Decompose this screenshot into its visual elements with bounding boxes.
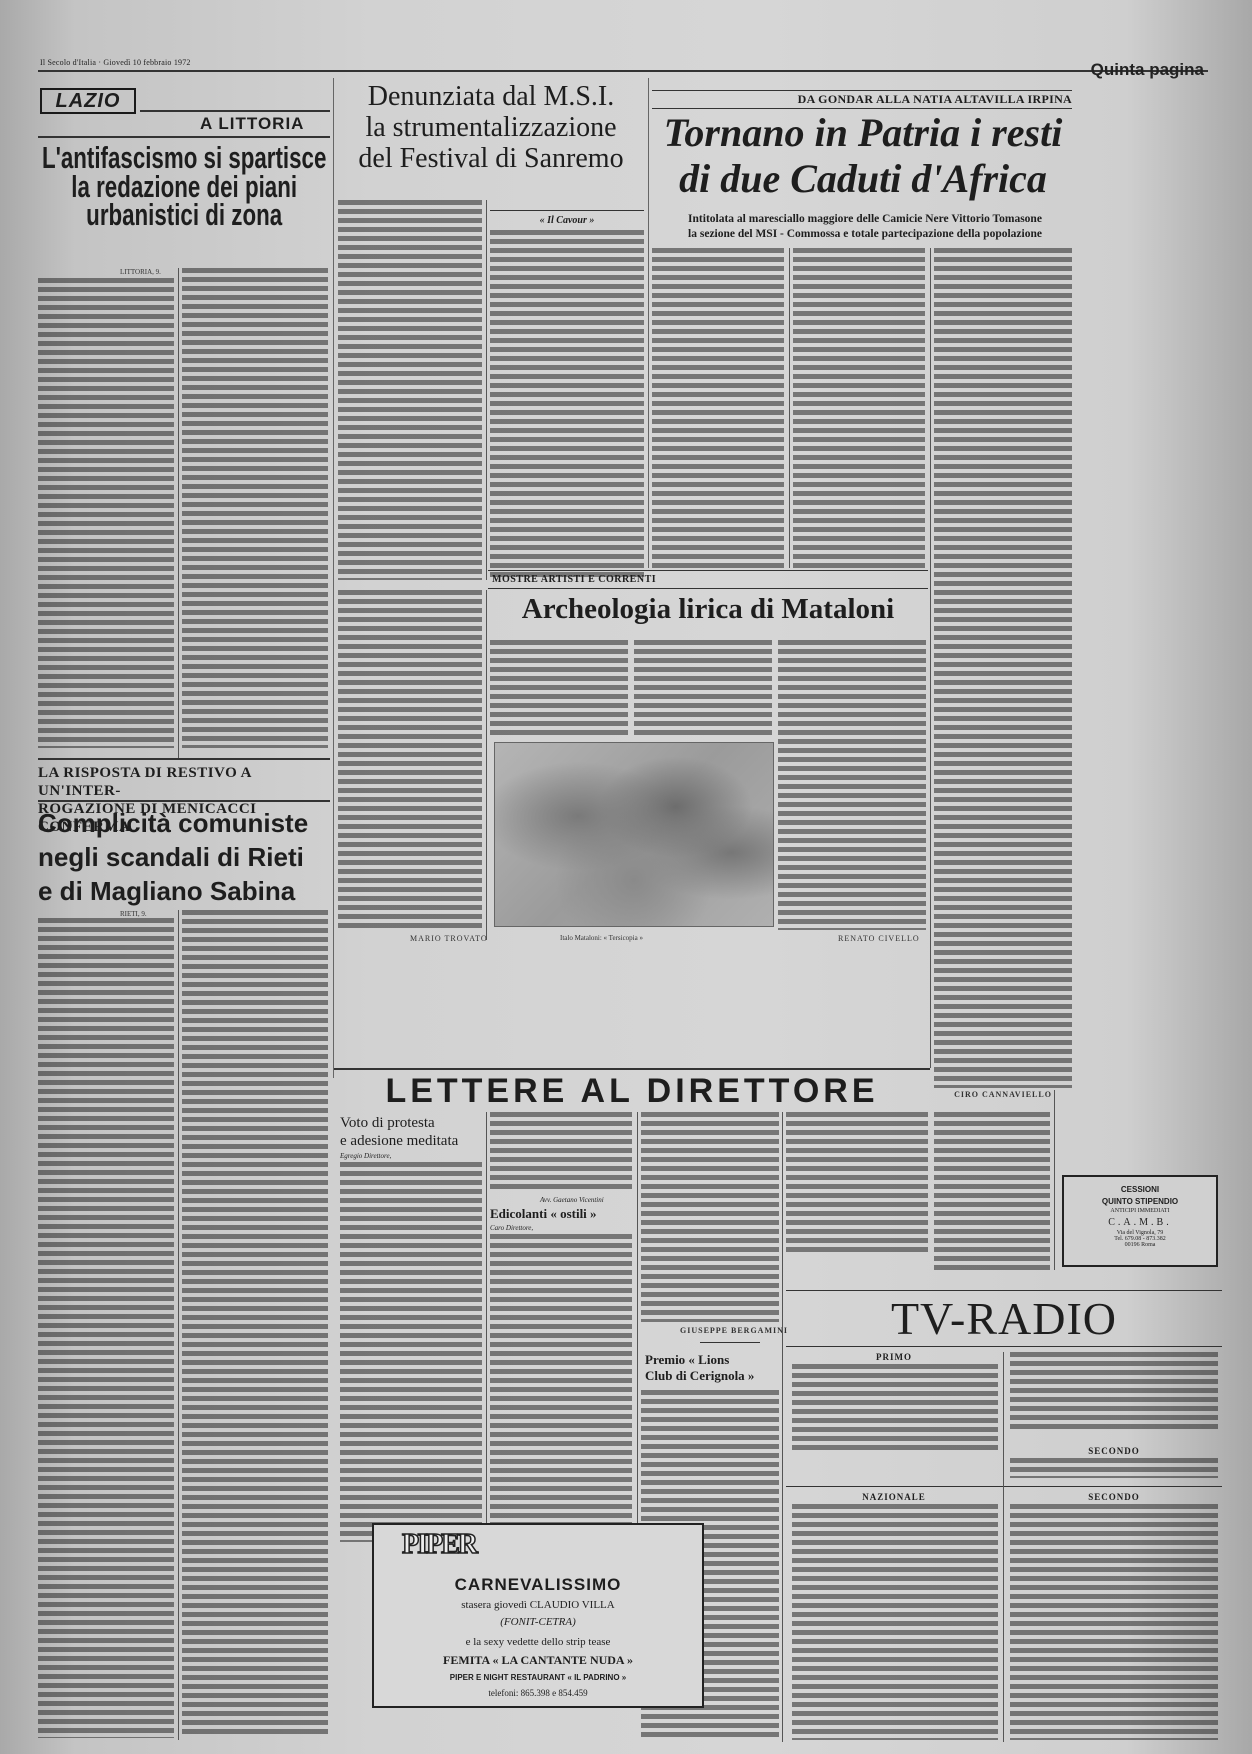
tv-section-secondo: SECONDO bbox=[1006, 1446, 1222, 1456]
africa-deck-line: Intitolata al maresciallo maggiore delle… bbox=[652, 212, 1078, 227]
letter-title: Edicolanti « ostili » bbox=[490, 1206, 597, 1222]
rieti-deck-line: LA RISPOSTA DI RESTIVO A UN'INTER- bbox=[38, 764, 330, 800]
mataloni-byline-left: MARIO TROVATO bbox=[410, 934, 488, 943]
piper-logo: PIPER bbox=[402, 1529, 476, 1561]
masthead-date: Il Secolo d'Italia · Giovedì 10 febbraio… bbox=[40, 58, 191, 67]
sanremo-headline: Denunziata dal M.S.I. la strumentalizzaz… bbox=[338, 82, 644, 174]
sanremo-headline-line: la strumentalizzazione bbox=[338, 113, 644, 144]
letter-title-line: e adesione meditata bbox=[340, 1132, 485, 1150]
letter-title-line: Club di Cerignola » bbox=[645, 1368, 785, 1384]
tv-rule bbox=[786, 1486, 1222, 1487]
africa-body-col2 bbox=[793, 248, 925, 568]
camb-ad-line: ANTICIPI IMMEDIATI bbox=[1064, 1208, 1216, 1214]
camb-ad: CESSIONI QUINTO STIPENDIO ANTICIPI IMMED… bbox=[1062, 1175, 1218, 1267]
africa-deck-line: la sezione del MSI - Commossa e totale p… bbox=[652, 227, 1078, 242]
mataloni-body-col1 bbox=[490, 640, 628, 735]
camb-ad-line: C.A.M.B. bbox=[1064, 1217, 1216, 1228]
section-label-text: LAZIO bbox=[56, 90, 121, 113]
piper-ad-line: (FONIT-CETRA) bbox=[374, 1616, 702, 1628]
tv-section-primo: PRIMO bbox=[786, 1352, 1002, 1362]
africa-kicker: DA GONDAR ALLA NATIA ALTAVILLA IRPINA bbox=[700, 92, 1072, 107]
section-rule bbox=[38, 800, 330, 802]
letter-body bbox=[490, 1112, 632, 1192]
littoria-body-col1 bbox=[38, 278, 174, 748]
kicker-rule bbox=[140, 110, 330, 112]
piper-ad-line: stasera giovedì CLAUDIO VILLA bbox=[374, 1599, 702, 1611]
sanremo-headline-line: Denunziata dal M.S.I. bbox=[338, 82, 644, 113]
piper-ad: PIPER CARNEVALISSIMO stasera giovedì CLA… bbox=[372, 1523, 704, 1708]
kicker-rule bbox=[652, 90, 1072, 91]
sanremo-body-continued bbox=[338, 590, 482, 930]
radio-listings bbox=[1010, 1504, 1218, 1740]
africa-byline: CIRO CANNAVIELLO bbox=[934, 1090, 1072, 1099]
mataloni-rubric: MOSTRE ARTISTI E CORRENTI bbox=[492, 574, 656, 585]
letter-body bbox=[934, 1112, 1050, 1272]
column-divider bbox=[789, 248, 790, 568]
radio-section-secondo: SECONDO bbox=[1006, 1492, 1222, 1502]
sanremo-body-col2 bbox=[490, 230, 644, 580]
letter-body bbox=[641, 1112, 779, 1322]
letter-title-line: Voto di protesta bbox=[340, 1114, 485, 1132]
tv-listings bbox=[792, 1364, 998, 1454]
camb-ad-line: 00196 Roma bbox=[1064, 1242, 1216, 1248]
sanremo-body-col1 bbox=[338, 200, 482, 580]
littoria-dateline: LITTORIA, 9. bbox=[120, 268, 161, 276]
kicker-underline bbox=[652, 108, 1072, 109]
piper-ad-line: e la sexy vedette dello strip tease bbox=[374, 1636, 702, 1648]
africa-headline-line: di due Caduti d'Africa bbox=[650, 156, 1076, 202]
column-divider bbox=[637, 1112, 638, 1542]
sanremo-headline-line: del Festival di Sanremo bbox=[338, 144, 644, 175]
column-gutter bbox=[333, 78, 334, 1078]
sanremo-subhead: « Il Cavour » bbox=[490, 215, 644, 226]
rieti-dateline: RIETI, 9. bbox=[120, 910, 147, 918]
camb-ad-line: CESSIONI bbox=[1064, 1185, 1216, 1194]
rubric-underline bbox=[488, 588, 928, 589]
tv-rule bbox=[786, 1346, 1222, 1347]
rieti-headline-line: e di Magliano Sabina bbox=[38, 874, 330, 908]
africa-headline: Tornano in Patria i resti di due Caduti … bbox=[650, 110, 1076, 202]
africa-headline-line: Tornano in Patria i resti bbox=[650, 110, 1076, 156]
masthead-rule bbox=[38, 70, 1208, 72]
column-divider bbox=[178, 910, 179, 1740]
littoria-headline-line: urbanistici di zona bbox=[38, 199, 330, 232]
separator bbox=[700, 1342, 760, 1343]
column-divider bbox=[930, 248, 931, 1068]
africa-deck: Intitolata al maresciallo maggiore delle… bbox=[652, 212, 1078, 242]
mataloni-headline: Archeologia lirica di Mataloni bbox=[488, 594, 928, 626]
piper-ad-title: CARNEVALISSIMO bbox=[374, 1575, 702, 1595]
column-divider bbox=[486, 200, 487, 580]
radio-section-nazionale: NAZIONALE bbox=[786, 1492, 1002, 1502]
tv-radio-title: TV-RADIO bbox=[786, 1292, 1222, 1345]
column-divider bbox=[178, 268, 179, 758]
column-gutter bbox=[648, 78, 649, 568]
subhead-rule bbox=[490, 210, 644, 211]
mataloni-body-col3 bbox=[778, 640, 926, 930]
section-label-lazio: LAZIO bbox=[40, 88, 136, 114]
letter-body bbox=[340, 1162, 482, 1542]
littoria-body-col2 bbox=[182, 268, 328, 748]
rieti-headline: Complicità comuniste negli scandali di R… bbox=[38, 806, 330, 908]
piper-ad-line: FEMITA « LA CANTANTE NUDA » bbox=[374, 1653, 702, 1668]
letter-signature: Avv. Gaetano Vicentini bbox=[540, 1196, 604, 1204]
letter-salutation: Caro Direttore, bbox=[490, 1224, 533, 1232]
column-divider bbox=[486, 1112, 487, 1542]
page-label: Quinta pagina bbox=[1091, 60, 1204, 80]
rieti-body-col2 bbox=[182, 910, 328, 1738]
letter-salutation: Egregio Direttore, bbox=[340, 1152, 391, 1160]
rieti-body-col1 bbox=[38, 918, 174, 1738]
africa-body-col1 bbox=[652, 248, 784, 568]
rieti-headline-line: negli scandali di Rieti bbox=[38, 840, 330, 874]
kicker-underline bbox=[38, 136, 330, 138]
photo-caption: Italo Mataloni: « Tersicopia » bbox=[560, 934, 643, 942]
africa-body-col3 bbox=[934, 248, 1072, 1088]
letter-body bbox=[490, 1234, 632, 1540]
letters-title: LETTERE AL DIRETTORE bbox=[334, 1072, 930, 1111]
piper-ad-line: PIPER E NIGHT RESTAURANT « IL PADRINO » bbox=[374, 1673, 702, 1682]
tv-rule bbox=[786, 1290, 1222, 1291]
littoria-kicker: A LITTORIA bbox=[200, 114, 304, 134]
letter-title: Premio « Lions Club di Cerignola » bbox=[645, 1352, 785, 1383]
rieti-headline-line: Complicità comuniste bbox=[38, 806, 330, 840]
letter-body bbox=[786, 1112, 928, 1252]
column-divider bbox=[782, 1112, 783, 1742]
section-rule bbox=[38, 758, 330, 760]
letters-rule bbox=[334, 1068, 930, 1070]
littoria-headline: L'antifascismo si spartisce la redazione… bbox=[38, 142, 330, 232]
tv-listings bbox=[1010, 1458, 1218, 1478]
painting-photo bbox=[494, 742, 774, 927]
column-divider bbox=[1054, 1090, 1055, 1270]
tv-listings bbox=[1010, 1352, 1218, 1432]
letter-title-line: Premio « Lions bbox=[645, 1352, 785, 1368]
column-divider bbox=[1003, 1352, 1004, 1742]
camb-ad-line: QUINTO STIPENDIO bbox=[1064, 1197, 1216, 1206]
column-divider bbox=[486, 590, 487, 940]
radio-listings bbox=[792, 1504, 998, 1740]
section-rule bbox=[488, 570, 928, 571]
letter-title: Voto di protesta e adesione meditata bbox=[340, 1114, 485, 1150]
piper-ad-line: telefoni: 865.398 e 854.459 bbox=[374, 1688, 702, 1698]
letter-signature: GIUSEPPE BERGAMINI bbox=[680, 1326, 788, 1335]
mataloni-byline-right: RENATO CIVELLO bbox=[838, 934, 920, 943]
mataloni-body-col2 bbox=[634, 640, 772, 735]
